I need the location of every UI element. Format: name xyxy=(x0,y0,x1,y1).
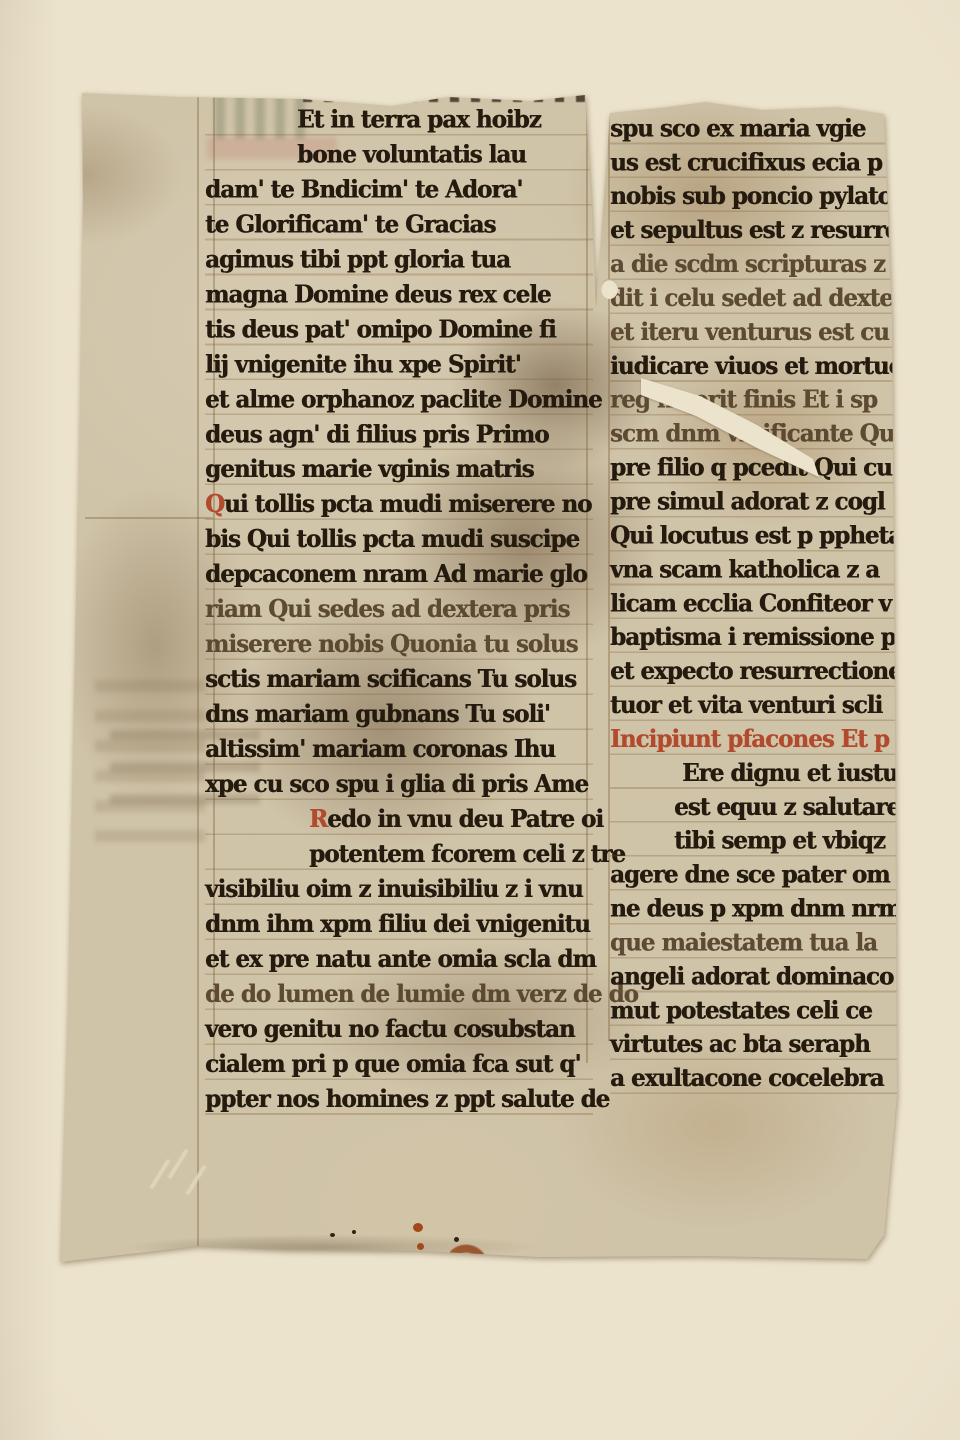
rust-stain xyxy=(423,1257,428,1262)
worm-hole xyxy=(601,279,618,299)
ink-speck xyxy=(330,1233,335,1237)
ink-speck xyxy=(454,1237,459,1242)
manuscript-leaf: Et in terra pax hoibzbone voluntatis lau… xyxy=(55,85,900,1277)
rust-stain xyxy=(450,1235,512,1301)
rust-stain xyxy=(413,1223,423,1232)
parchment-surface: Et in terra pax hoibzbone voluntatis lau… xyxy=(55,85,900,1277)
ink-speck xyxy=(352,1230,356,1234)
photograph-of-manuscript-leaf: { "photo": { "background_color": "#ece3c… xyxy=(0,0,960,1440)
diagonal-tear xyxy=(55,85,900,1277)
faint-blue-stamp xyxy=(691,1273,731,1309)
pencil-folio-number: 1 xyxy=(140,1289,163,1325)
rust-stain xyxy=(417,1243,424,1250)
